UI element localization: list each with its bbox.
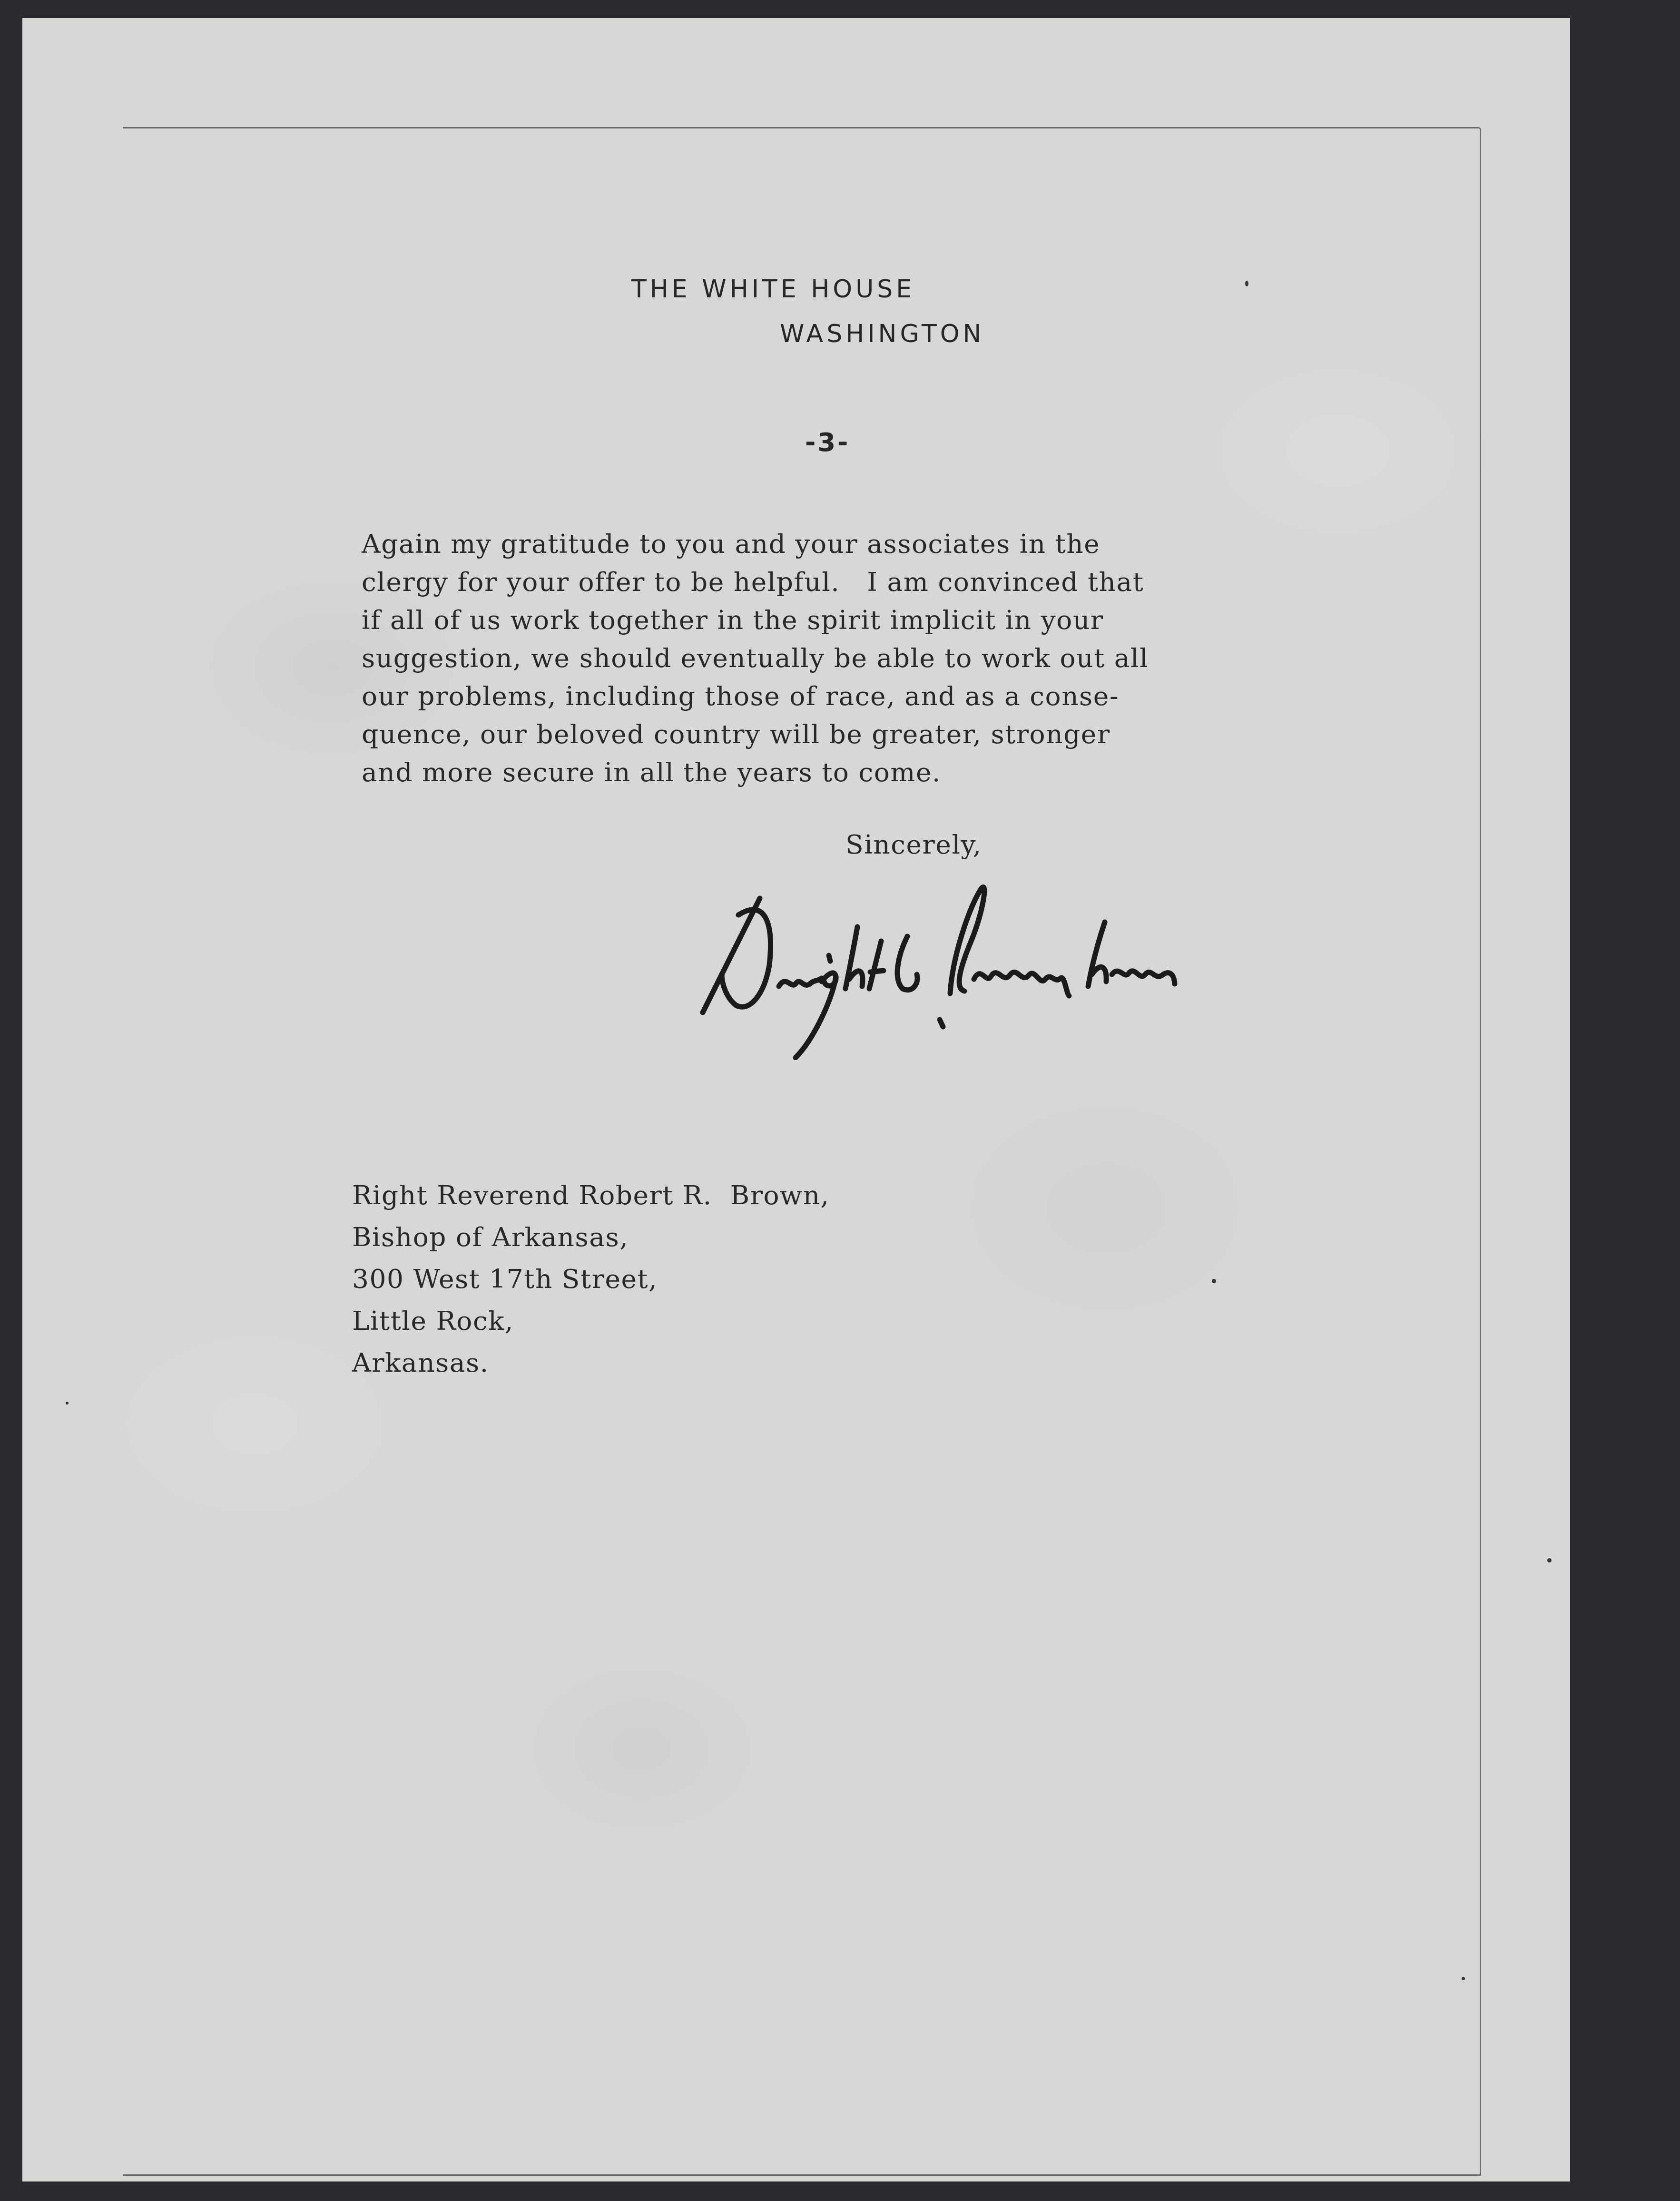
body-line: suggestion, we should eventually be able… [362,639,1149,677]
body-line: and more secure in all the years to come… [362,753,1149,791]
recipient-address: Right Reverend Robert R. Brown, Bishop o… [352,1174,830,1384]
letter-paper: THE WHITE HOUSE WASHINGTON -3- Again my … [22,18,1570,2181]
address-line-street: 300 West 17th Street, [352,1258,830,1300]
address-line-name: Right Reverend Robert R. Brown, [352,1174,830,1216]
address-line-title: Bishop of Arkansas, [352,1216,830,1258]
body-line: clergy for your offer to be helpful. I a… [362,563,1149,601]
underlying-sheet-outline [123,127,1481,2176]
body-line: our problems, including those of race, a… [362,677,1149,715]
body-line: Again my gratitude to you and your assoc… [362,525,1149,563]
address-line-state: Arkansas. [352,1342,830,1384]
page-number: -3- [805,427,850,457]
closing-salutation: Sincerely, [845,829,982,860]
paper-speck [66,1402,69,1405]
letterhead-city: WASHINGTON [780,320,985,348]
letterhead-title: THE WHITE HOUSE [631,275,915,304]
body-line: quence, our beloved country will be grea… [362,715,1149,753]
paper-speck [1212,1279,1216,1283]
body-line: if all of us work together in the spirit… [362,601,1149,639]
letter-body: Again my gratitude to you and your assoc… [362,525,1149,791]
paper-speck [1462,1977,1465,1980]
paper-speck [1245,281,1248,286]
paper-speck [1547,1558,1552,1562]
handwritten-signature [693,870,1483,1060]
address-line-city: Little Rock, [352,1300,830,1342]
